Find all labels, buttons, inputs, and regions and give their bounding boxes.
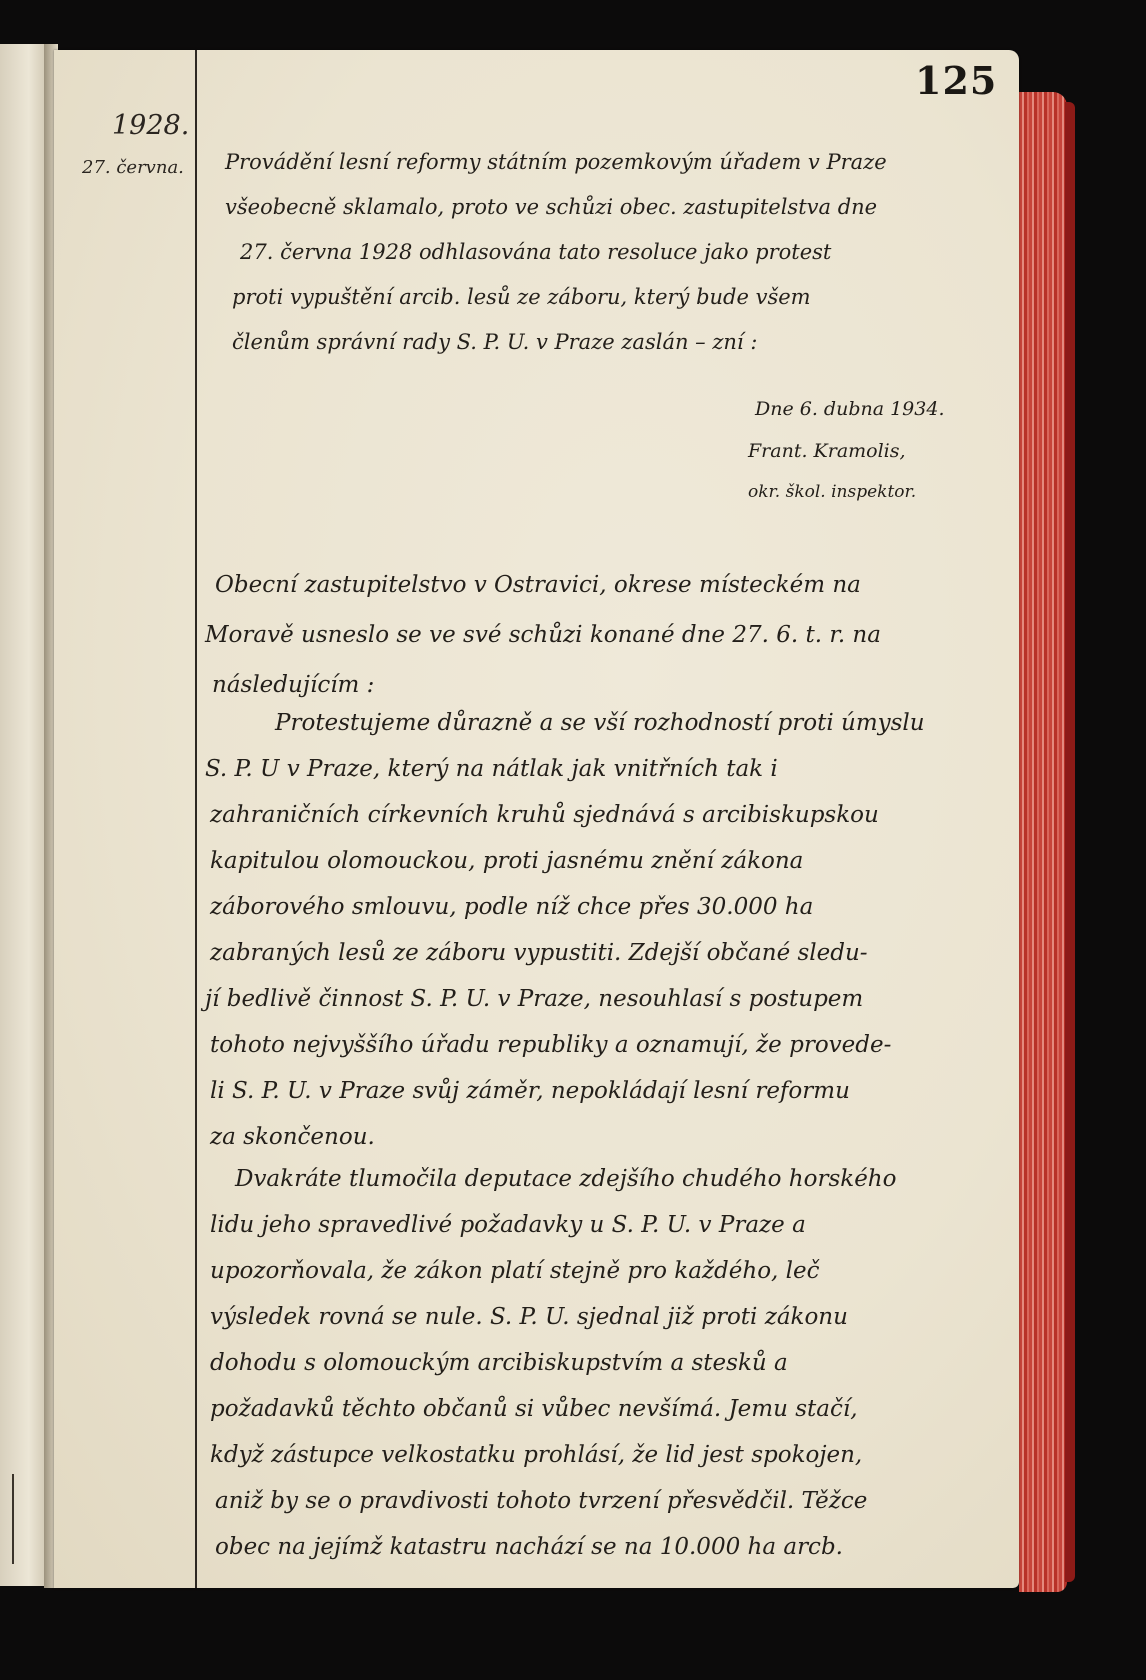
text-line: S. P. U v Praze, který na nátlak jak vni…: [205, 756, 778, 782]
text-line: za skončenou.: [210, 1124, 375, 1150]
previous-page-rule: [12, 1474, 14, 1564]
text-line: výsledek rovná se nule. S. P. U. sjednal…: [210, 1304, 848, 1330]
text-line: obec na jejímž katastru nachází se na 10…: [215, 1534, 843, 1560]
margin-year: 1928.: [112, 110, 189, 141]
text-line: zahraničních církevních kruhů sjednává s…: [210, 802, 879, 828]
text-line: Moravě usneslo se ve své schůzi konané d…: [205, 622, 881, 648]
text-line: záborového smlouvu, podle níž chce přes …: [210, 894, 813, 920]
text-line: dohodu s olomouckým arcibiskupstvím a st…: [210, 1350, 788, 1376]
text-line: Obecní zastupitelstvo v Ostravici, okres…: [215, 572, 861, 598]
text-line: upozorňovala, že zákon platí stejně pro …: [210, 1258, 820, 1284]
red-page-edges: [1019, 92, 1067, 1592]
text-line: aniž by se o pravdivosti tohoto tvrzení …: [215, 1488, 867, 1514]
text-line: proti vypuštění arcib. lesů ze záboru, k…: [232, 285, 811, 309]
text-line: kapitulou olomouckou, proti jasnému zněn…: [210, 848, 803, 874]
previous-page-edge: [0, 44, 50, 1586]
signature-name: Frant. Kramolis,: [748, 440, 906, 462]
signature-title: okr. škol. inspektor.: [748, 482, 916, 502]
page-number: 125: [915, 58, 997, 103]
text-line: Dvakráte tlumočila deputace zdejšího chu…: [235, 1166, 896, 1192]
text-line: Provádění lesní reformy státním pozemkov…: [225, 150, 887, 174]
text-line: lidu jeho spravedlivé požadavky u S. P. …: [210, 1212, 806, 1238]
text-line: Protestujeme důrazně a se vší rozhodnost…: [275, 710, 925, 736]
signature-date: Dne 6. dubna 1934.: [755, 398, 944, 420]
text-line: všeobecně sklamalo, proto ve schůzi obec…: [225, 195, 877, 219]
text-line: členům správní rady S. P. U. v Praze zas…: [232, 330, 757, 354]
text-line: jí bedlivě činnost S. P. U. v Praze, nes…: [205, 986, 863, 1012]
margin-date: 27. června.: [82, 157, 184, 178]
text-line: když zástupce velkostatku prohlásí, že l…: [210, 1442, 862, 1468]
text-line: požadavků těchto občanů si vůbec nevšímá…: [210, 1396, 858, 1422]
text-line: tohoto nejvyššího úřadu republiky a ozna…: [210, 1032, 891, 1058]
text-line: zabraných lesů ze záboru vypustiti. Zdej…: [210, 940, 868, 966]
text-line: následujícím :: [212, 672, 374, 698]
text-line: li S. P. U. v Praze svůj záměr, nepoklád…: [210, 1078, 850, 1104]
text-line: 27. června 1928 odhlasována tato resoluc…: [240, 240, 831, 264]
margin-rule-line: [195, 50, 197, 1588]
